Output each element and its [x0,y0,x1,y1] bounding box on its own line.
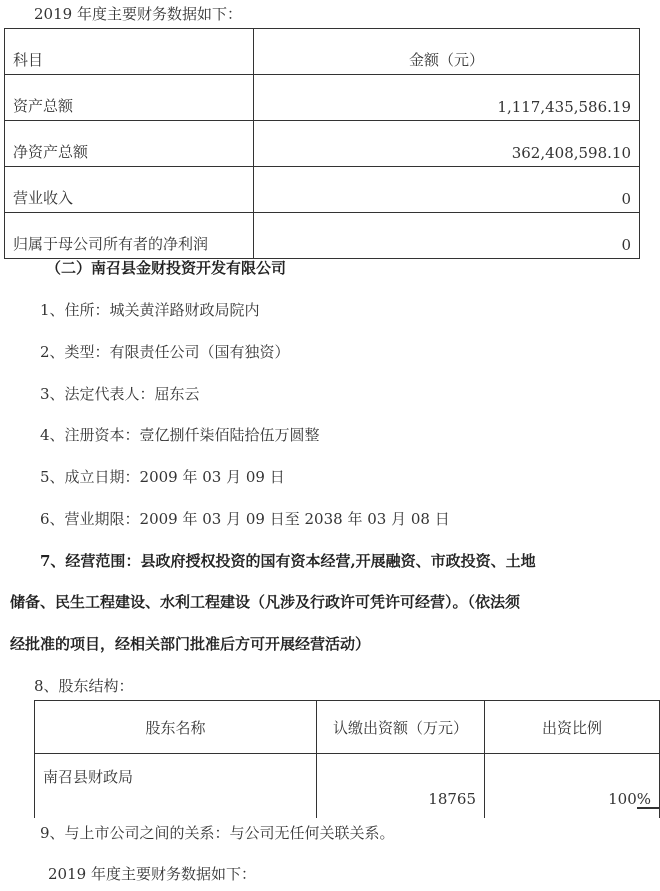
item-type: 2、类型：有限责任公司（国有独资） [40,342,290,362]
item-scope-line3: 经批准的项目，经相关部门批准后方可开展经营活动） [10,634,370,654]
row-item: 净资产总额 [5,121,254,167]
shareholder-name: 南召县财政局 [35,754,317,819]
financial-outro: 2019 年度主要财务数据如下： [48,864,256,884]
item-legal-rep: 3、法定代表人：屈东云 [40,384,200,404]
table-row: 南召县财政局 18765 100% [35,754,660,819]
table-row: 营业收入 0 [5,167,640,213]
table-row: 净资产总额 362,408,598.10 [5,121,640,167]
header-ratio: 出资比例 [485,701,660,754]
financial-table: 科目 金额（元） 资产总额 1,117,435,586.19 净资产总额 362… [4,28,640,259]
item-term: 6、营业期限：2009 年 03 月 09 日至 2038 年 03 月 08 … [40,509,450,529]
table-corner-line [637,807,660,809]
shareholder-table: 股东名称 认缴出资额（万元） 出资比例 南召县财政局 18765 100% [34,700,660,818]
row-item: 资产总额 [5,75,254,121]
item-scope-line1: 7、经营范围：县政府授权投资的国有资本经营,开展融资、市政投资、土地 [40,551,536,571]
row-item: 营业收入 [5,167,254,213]
shareholder-ratio: 100% [485,754,660,819]
section-title: （二）南召县金财投资开发有限公司 [46,258,286,278]
row-amount: 0 [254,167,640,213]
header-amount: 认缴出资额（万元） [317,701,485,754]
header-name: 股东名称 [35,701,317,754]
table-row: 归属于母公司所有者的净利润 0 [5,213,640,259]
financial-intro: 2019 年度主要财务数据如下： [34,4,242,24]
item-scope-line2: 储备、民生工程建设、水利工程建设（凡涉及行政许可凭许可经营）。（依法须 [10,592,520,612]
item-capital: 4、注册资本：壹亿捌仟柒佰陆拾伍万圆整 [40,425,320,445]
item-founded: 5、成立日期：2009 年 03 月 09 日 [40,467,285,487]
table-header-row: 股东名称 认缴出资额（万元） 出资比例 [35,701,660,754]
table-row: 资产总额 1,117,435,586.19 [5,75,640,121]
row-item: 归属于母公司所有者的净利润 [5,213,254,259]
shareholder-amount: 18765 [317,754,485,819]
header-item: 科目 [5,29,254,75]
item-relation: 9、与上市公司之间的关系：与公司无任何关联关系。 [40,823,395,843]
row-amount: 0 [254,213,640,259]
row-amount: 1,117,435,586.19 [254,75,640,121]
shareholder-title: 8、股东结构： [34,676,134,696]
item-address: 1、住所：城关黄洋路财政局院内 [40,300,260,320]
header-amount: 金额（元） [254,29,640,75]
table-header-row: 科目 金额（元） [5,29,640,75]
row-amount: 362,408,598.10 [254,121,640,167]
